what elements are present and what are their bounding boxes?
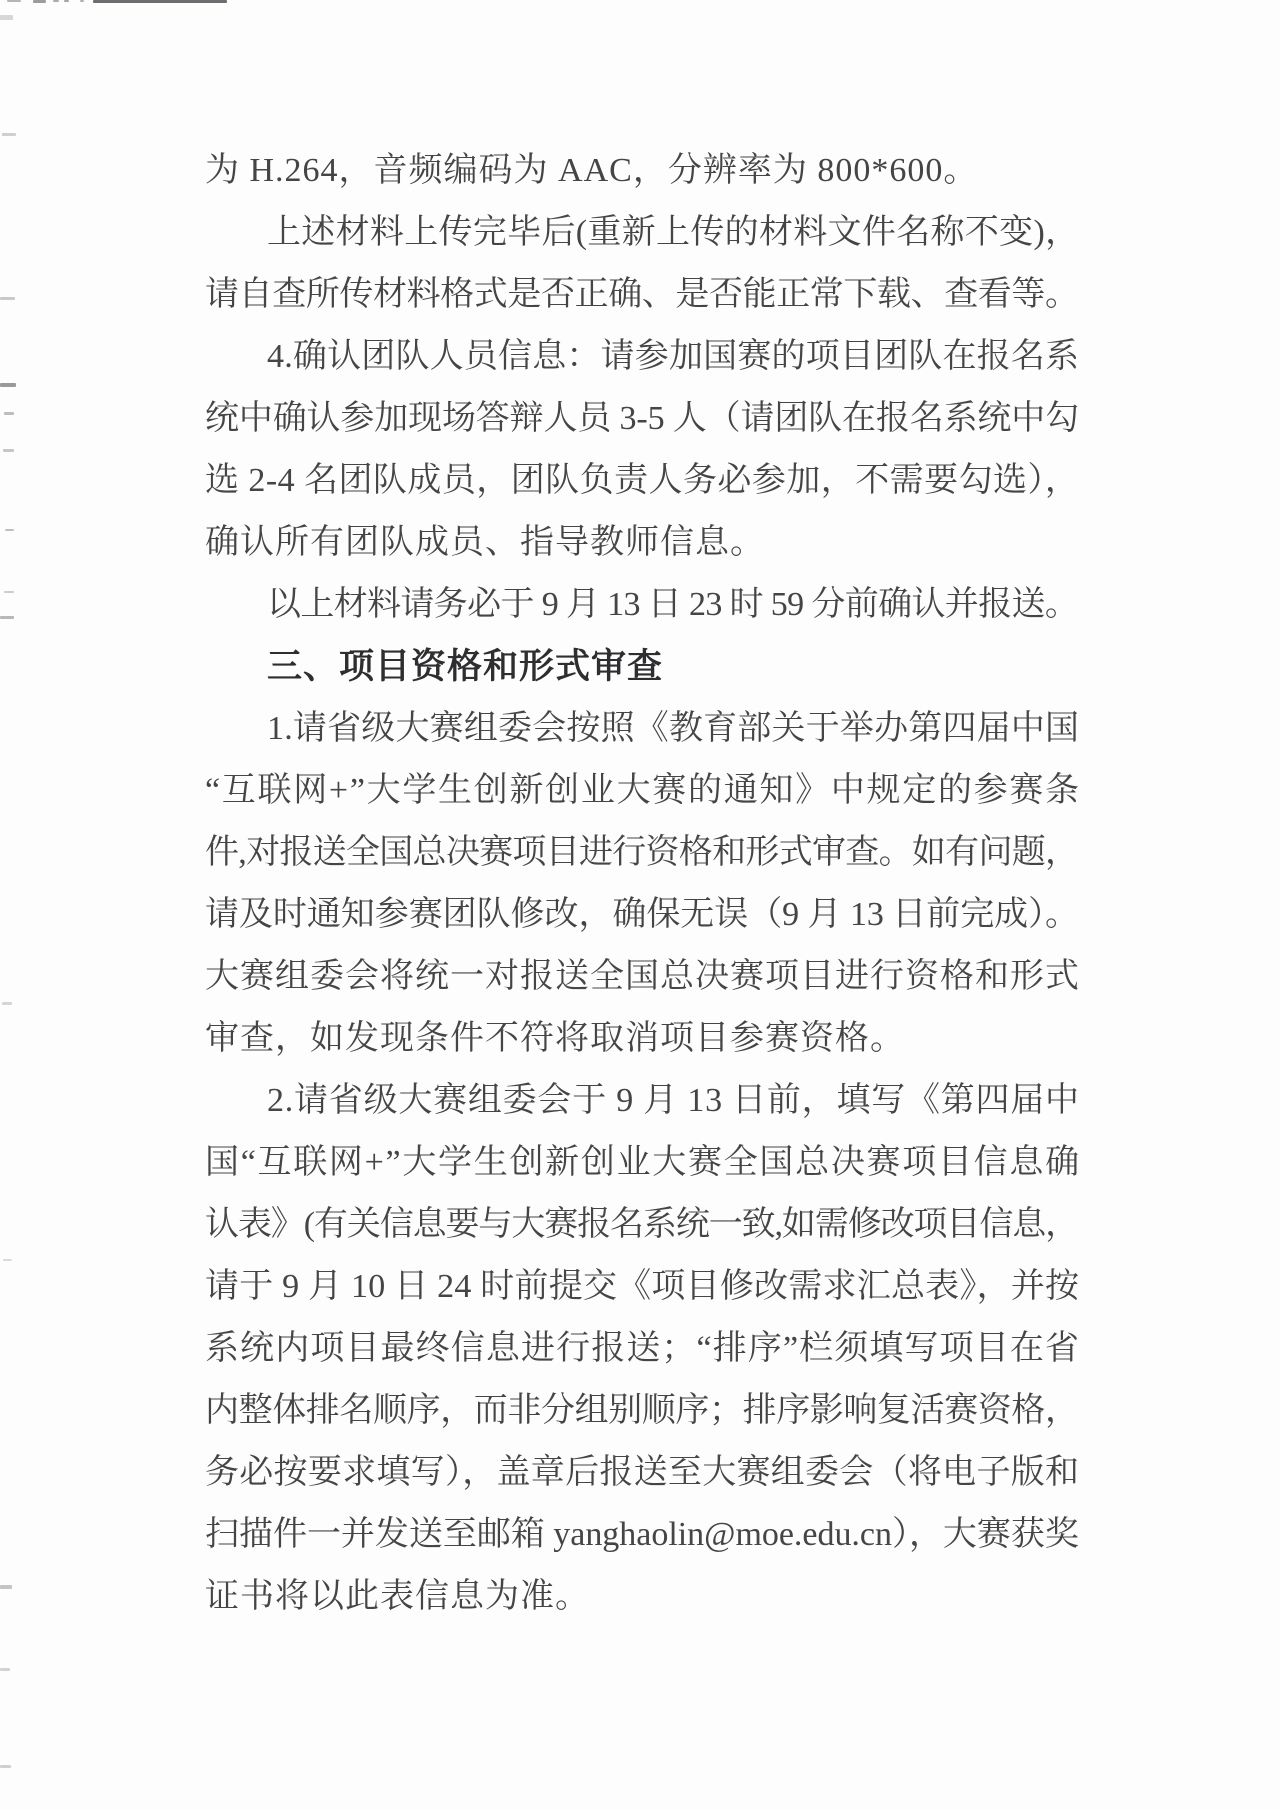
text-line: 国“互联网+”大学生创新创业大赛全国总决赛项目信息确	[205, 1132, 1080, 1194]
text-line: 请于 9 月 10 日 24 时前提交《项目修改需求汇总表》，并按	[205, 1256, 1080, 1318]
scan-artifact	[0, 1765, 11, 1768]
text-line: 统中确认参加现场答辩人员 3-5 人（请团队在报名系统中勾	[205, 388, 1080, 450]
scan-artifact	[80, 0, 84, 2]
text-line: 4.确认团队人员信息：请参加国赛的项目团队在报名系	[205, 326, 1080, 388]
scan-artifact	[0, 1585, 12, 1589]
text-line: 认表》(有关信息要与大赛报名系统一致,如需修改项目信息，	[205, 1194, 1080, 1256]
text-line: “互联网+”大学生创新创业大赛的通知》中规定的参赛条	[205, 760, 1080, 822]
scan-artifact	[3, 449, 14, 452]
text-line: 系统内项目最终信息进行报送；“排序”栏须填写项目在省	[205, 1318, 1080, 1380]
scan-artifact	[5, 529, 14, 531]
document-body: 为 H.264，音频编码为 AAC，分辨率为 800*600。上述材料上传完毕后…	[205, 140, 1080, 1628]
text-line: 1.请省级大赛组委会按照《教育部关于举办第四届中国	[205, 698, 1080, 760]
document-page: 为 H.264，音频编码为 AAC，分辨率为 800*600。上述材料上传完毕后…	[0, 0, 1280, 1810]
scan-artifact	[2, 133, 16, 136]
scan-artifact	[0, 383, 16, 387]
text-line: 审查，如发现条件不符将取消项目参赛资格。	[205, 1008, 1080, 1070]
scan-artifact	[0, 1668, 10, 1671]
text-line: 证书将以此表信息为准。	[205, 1566, 1080, 1628]
text-line: 确认所有团队成员、指导教师信息。	[205, 512, 1080, 574]
scan-artifact	[53, 0, 59, 2]
text-line: 请及时通知参赛团队修改，确保无误（9 月 13 日前完成）。	[205, 884, 1080, 946]
scan-artifact	[33, 0, 46, 3]
scan-artifact	[7, 0, 21, 2]
scan-artifact	[2, 1002, 12, 1005]
text-line: 为 H.264，音频编码为 AAC，分辨率为 800*600。	[205, 140, 1080, 202]
scan-artifact	[64, 0, 69, 2]
text-line: 件,对报送全国总决赛项目进行资格和形式审查。如有问题，	[205, 822, 1080, 884]
text-line: 内整体排名顺序，而非分组别顺序；排序影响复活赛资格，	[205, 1380, 1080, 1442]
text-line: 务必按要求填写），盖章后报送至大赛组委会（将电子版和	[205, 1442, 1080, 1504]
text-line: 2.请省级大赛组委会于 9 月 13 日前，填写《第四届中	[205, 1070, 1080, 1132]
scan-artifact	[4, 591, 14, 593]
text-line: 上述材料上传完毕后(重新上传的材料文件名称不变)，	[205, 202, 1080, 264]
scan-artifact	[0, 297, 15, 300]
text-line: 以上材料请务必于 9 月 13 日 23 时 59 分前确认并报送。	[205, 574, 1080, 636]
section-heading: 三、项目资格和形式审查	[205, 636, 1080, 698]
text-line: 大赛组委会将统一对报送全国总决赛项目进行资格和形式	[205, 946, 1080, 1008]
scan-artifact	[4, 412, 14, 415]
scan-artifact	[93, 0, 227, 3]
text-line: 扫描件一并发送至邮箱 yanghaolin@moe.edu.cn），大赛获奖	[205, 1504, 1080, 1566]
scan-artifact	[0, 616, 14, 619]
text-line: 请自查所传材料格式是否正确、是否能正常下载、查看等。	[205, 264, 1080, 326]
scan-artifact	[0, 15, 13, 20]
text-line: 选 2-4 名团队成员，团队负责人务必参加，不需要勾选），	[205, 450, 1080, 512]
scan-artifact	[3, 1259, 12, 1261]
